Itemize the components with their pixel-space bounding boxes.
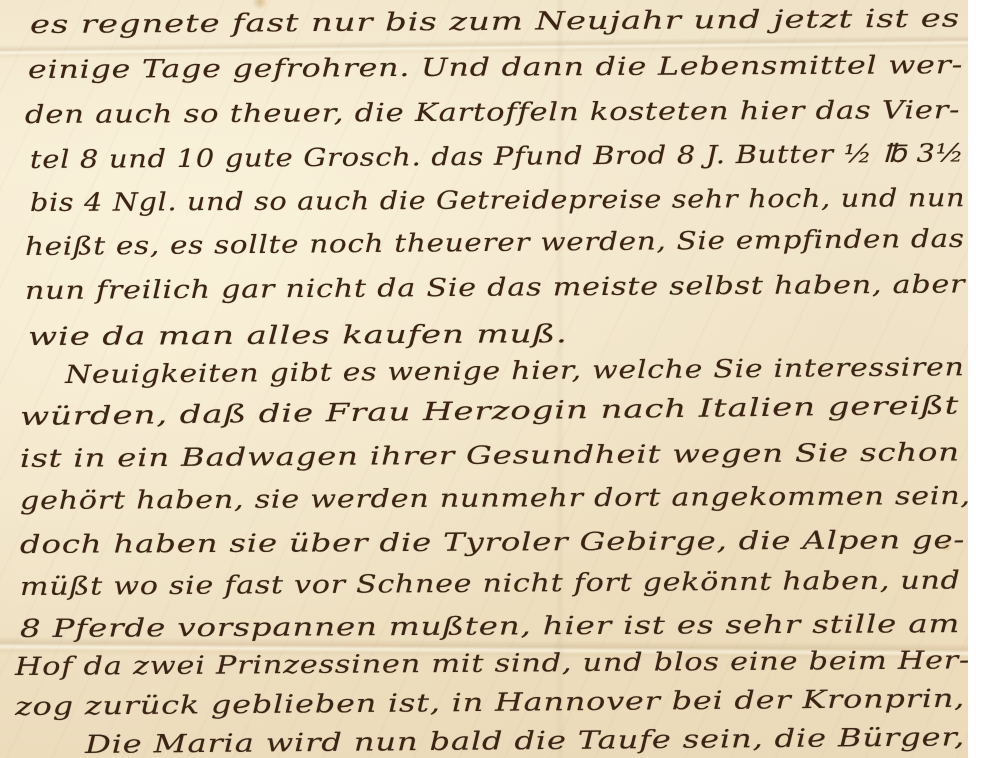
text-line: würden, daß die Frau Herzogin nach Itali… xyxy=(20,391,960,431)
text-line: es regnete fast nur bis zum Neujahr und … xyxy=(30,4,960,39)
text-line: einige Tage gefrohren. Und dann die Lebe… xyxy=(28,50,963,84)
text-line: wie da man alles kaufen muß. xyxy=(28,319,568,351)
text-line: den auch so theuer, die Kartoffeln koste… xyxy=(25,95,960,129)
text-line: Hof da zwei Prinzessinen mit sind, und b… xyxy=(15,645,968,681)
text-line: doch haben sie über die Tyroler Gebirge,… xyxy=(20,525,965,559)
text-line: nun freilich gar nicht da Sie das meiste… xyxy=(25,269,965,305)
text-line: heißt es, es sollte noch theuerer werden… xyxy=(25,224,965,261)
text-line: tel 8 und 10 gute Grosch. das Pfund Brod… xyxy=(30,138,965,174)
text-line: müßt wo sie fast vor Schnee nicht fort g… xyxy=(20,565,961,601)
letter-page: es regnete fast nur bis zum Neujahr und … xyxy=(0,0,968,758)
text-line: bis 4 Ngl. und so auch die Getreidepreis… xyxy=(30,183,965,217)
paragraph-start-line: Die Maria wird nun bald die Taufe sein, … xyxy=(85,722,965,758)
text-line: zog zurück geblieben ist, in Hannover be… xyxy=(15,684,965,721)
handwritten-text-body: es regnete fast nur bis zum Neujahr und … xyxy=(0,0,968,758)
text-line: gehört haben, sie werden nunmehr dort an… xyxy=(20,481,968,515)
scan-margin xyxy=(968,0,988,758)
paragraph-start-line: Neuigkeiten gibt es wenige hier, welche … xyxy=(65,352,965,389)
text-line: 8 Pferde vorspannen mußten, hier ist es … xyxy=(20,609,960,643)
text-line: ist in ein Badwagen ihrer Gesundheit weg… xyxy=(20,437,960,473)
